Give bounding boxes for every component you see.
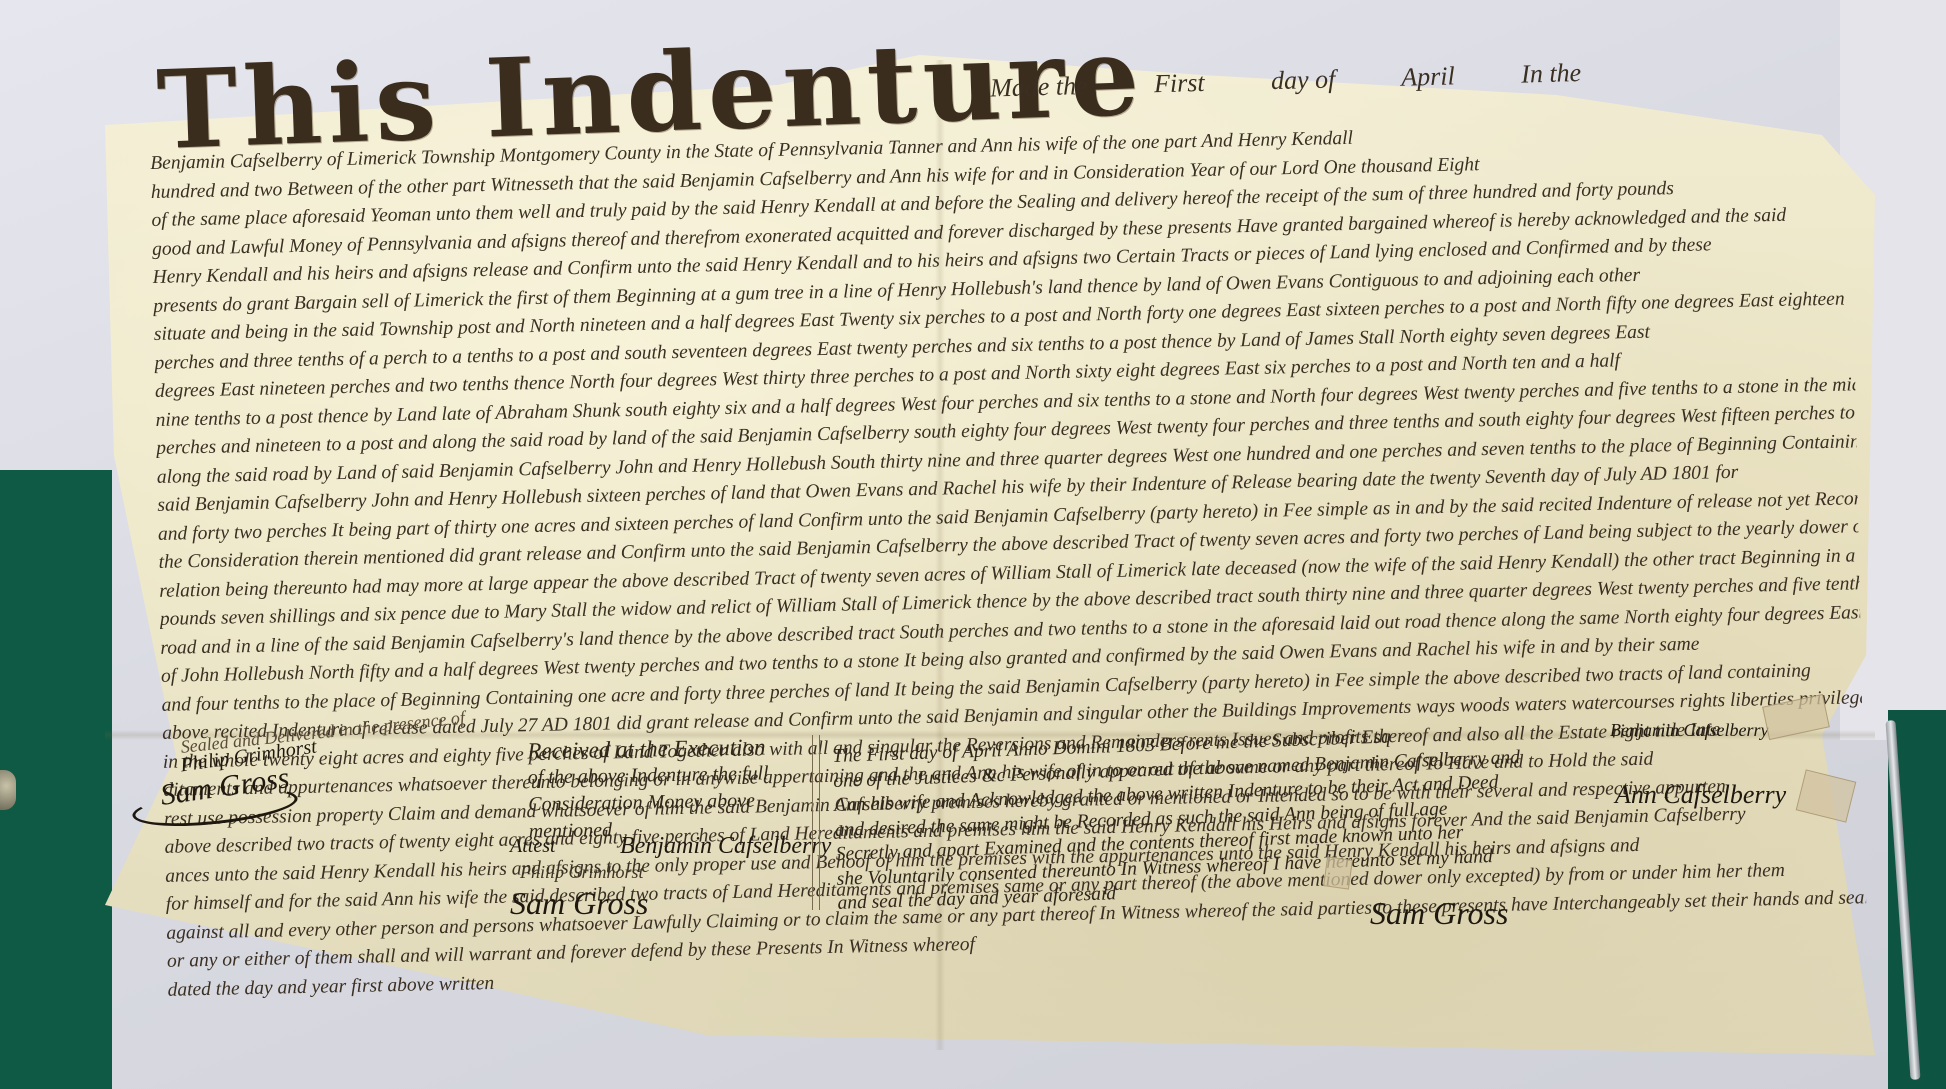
section-divider [812,735,820,910]
green-mat-left [0,470,112,1089]
wax-seal-remnant [1323,856,1353,889]
month-value: April [1401,61,1455,91]
year-intro: In the [1521,58,1582,89]
receipt-block: Received at the Execution of the above I… [527,732,819,845]
acknowledgment-block: The First day of April Anno Domini 1803 … [832,723,1478,917]
grantor-signature-ann: Ann Cafselberry [1615,780,1786,810]
receipt-witness: Philip Grimhorst [520,862,644,883]
weight-object [0,770,16,810]
receipt-signature: Benjamin Cafselberry [620,833,831,860]
attest-label: Attest [510,835,556,858]
receipt-justice-signature: Sam Gross [510,885,648,922]
justice-signature: Sam Gross [1370,895,1508,932]
day-of-label: day of [1271,64,1336,95]
grantor-signature-benjamin: Benjamin Cafselberry [1610,720,1768,741]
made-label: Made the [990,71,1088,103]
day-value: First [1154,68,1205,98]
